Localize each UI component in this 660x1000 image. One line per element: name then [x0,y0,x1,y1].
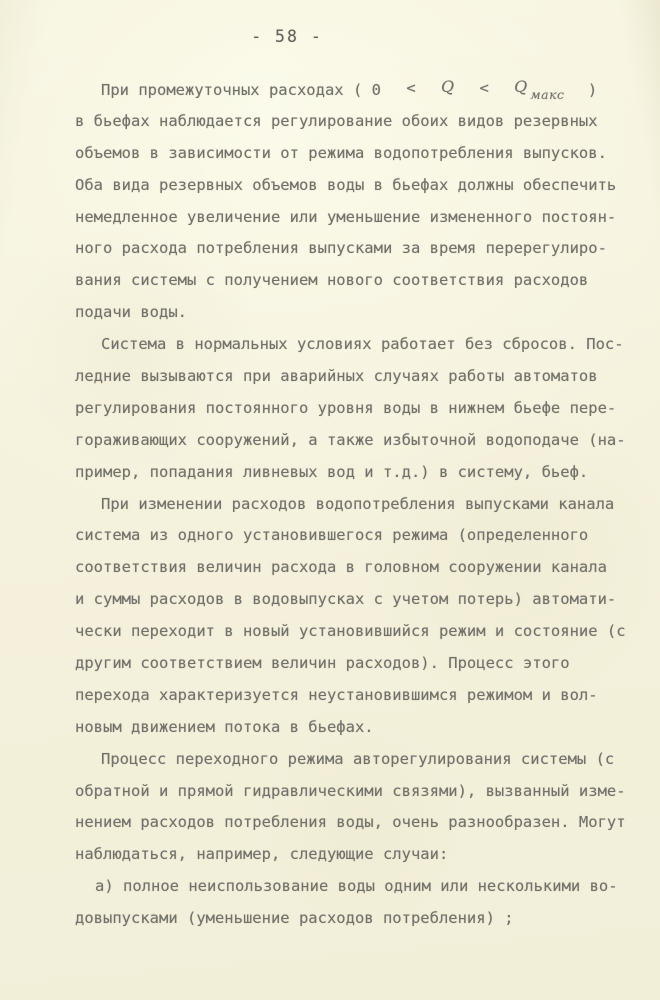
text-line: нением расходов потребления воды, очень … [75,807,635,839]
formula-text-before: При промежуточных расходах ( 0 [101,81,381,99]
text-line: обратной и прямой гидравлическими связям… [75,776,635,808]
text-line: объемов в зависимости от режима водопотр… [75,138,635,170]
text-line-list-item-a: а) полное неиспользование воды одним или… [75,871,635,903]
less-than-sign: < [479,73,488,105]
discharge-symbol-q-max: Q [514,77,527,96]
text-line: в бьефах наблюдается регулирование обоих… [75,106,635,138]
text-line: регулирования постоянного уровня воды в … [75,393,635,425]
text-line: чески переходит в новый установившийся р… [75,616,635,648]
text-line: ного расхода потребления выпусками за вр… [75,233,635,265]
text-line-paragraph-start: Система в нормальных условиях работает б… [75,329,635,361]
subscript-maks: макс [530,87,564,102]
text-line: и суммы расходов в водовыпусках с учетом… [75,584,635,616]
text-line-formula: При промежуточных расходах ( 0 < Q < Qма… [75,74,635,106]
text-line-paragraph-start: Процесс переходного режима авторегулиров… [75,744,635,776]
text-line: гораживающих сооружений, а также избыточ… [75,425,635,457]
page-number: - 58 - [0,27,574,46]
text-line: пример, попадания ливневых вод и т.д.) в… [75,457,635,489]
body-text: При промежуточных расходах ( 0 < Q < Qма… [75,74,635,935]
text-line: система из одного установившегося режима… [75,520,635,552]
scanned-page: - 58 - При промежуточных расходах ( 0 < … [0,0,660,1000]
text-line: ледние вызываются при аварийных случаях … [75,361,635,393]
text-line: немедленное увеличение или уменьшение из… [75,202,635,234]
text-line: Оба вида резервных объемов воды в бьефах… [75,170,635,202]
text-line-paragraph-start: При изменении расходов водопотребления в… [75,489,635,521]
text-line: вания системы с получением нового соотве… [75,265,635,297]
text-line: подачи воды. [75,297,635,329]
less-than-sign: < [406,73,415,105]
text-line: новым движением потока в бьефах. [75,712,635,744]
text-line: довыпусками (уменьшение расходов потребл… [75,903,635,935]
text-line: другим соответствием величин расходов). … [75,648,635,680]
discharge-symbol-q: Q [441,77,454,96]
formula-close-paren: ) [588,81,597,99]
text-line: наблюдаться, например, следующие случаи: [75,839,635,871]
text-line: перехода характеризуется неустановившимс… [75,680,635,712]
text-line: соответствия величин расхода в головном … [75,552,635,584]
